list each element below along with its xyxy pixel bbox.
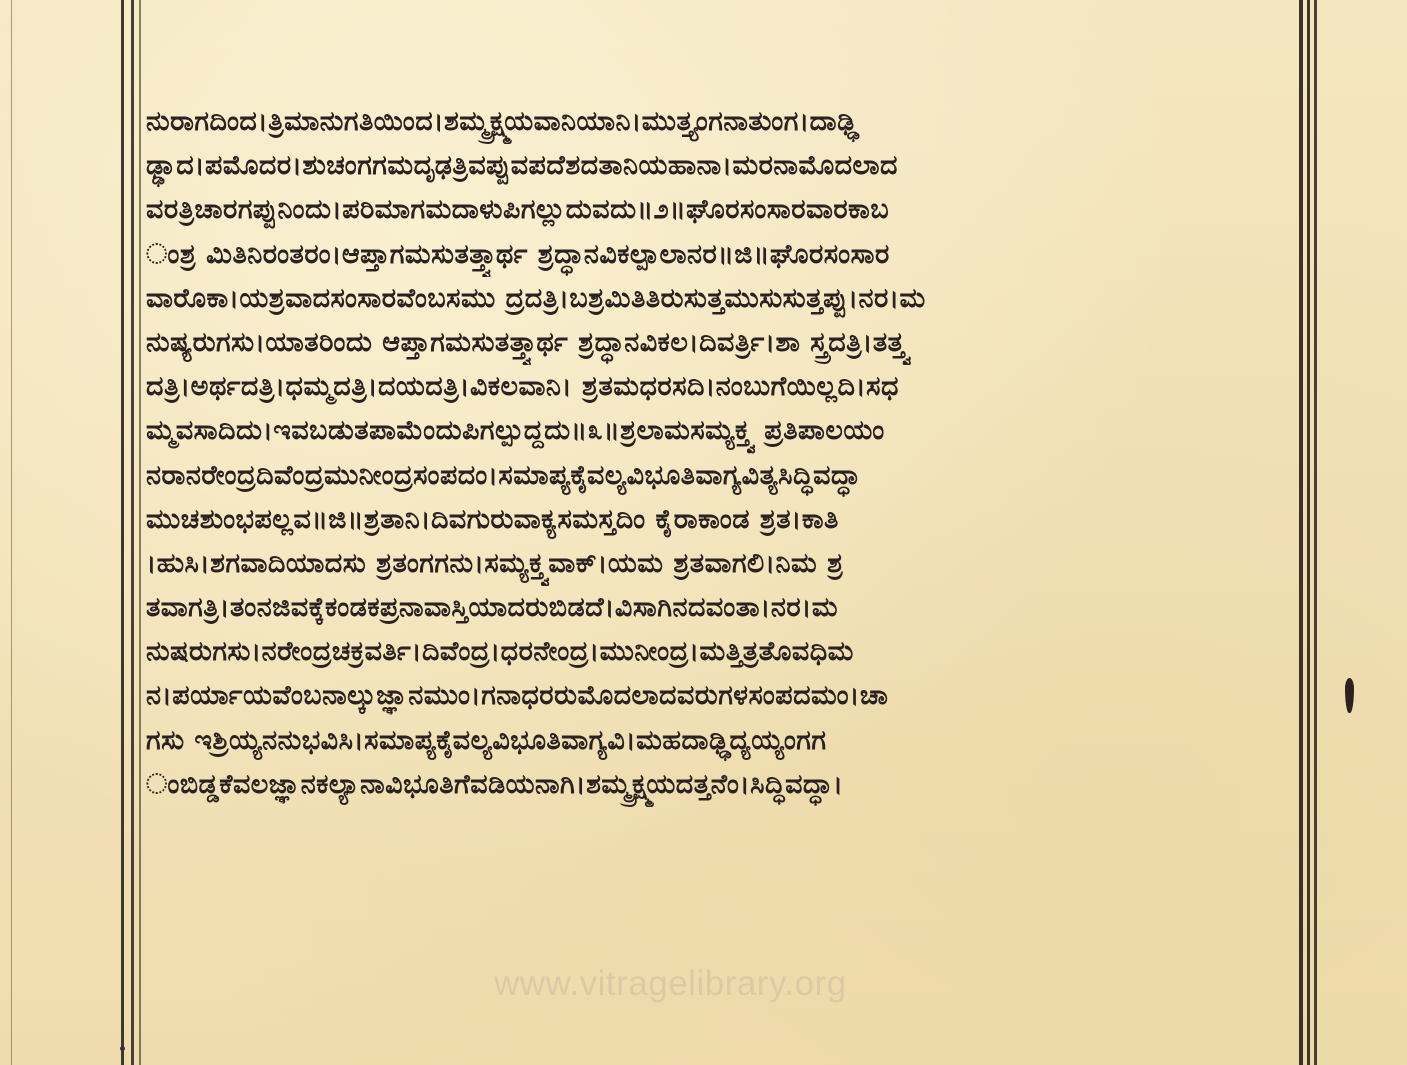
- text-line: ಂಬಿಡ್ಡಕೆವಲಜ್ಞಾನಕಲ್ಯಾನಾವಿಭೂತಿಗೆವಡಿಯನಾಗಿ।ಶ…: [146, 763, 1296, 807]
- text-line: ನುಷ್ಯರುಗಸು।ಯಾತರಿಂದು ಆಪ್ತಾಗಮಸುತತ್ತ್ವಾರ್ಥ …: [146, 321, 1296, 365]
- text-line: ನರಾನರೇಂದ್ರದಿವೆಂದ್ರಮುನೀಂದ್ರಸಂಪದಂ।ಸಮಾಪ್ಯಕೈ…: [146, 454, 1296, 498]
- text-line: ।ಹುಸಿ।ಶಗವಾದಿಯಾದಸು ಶ್ರತಂಗಗನು।ಸಮ್ಯಕ್ತ್ವವಾಕ…: [146, 542, 1296, 586]
- text-line: ವಾರೊಕಾ।ಯಶ್ರವಾದಸಂಸಾರವೆಂಬಸಮು ದ್ರದತ್ರಿ।ಬಶ್ರ…: [146, 277, 1296, 321]
- right-margin-rule: [1314, 0, 1317, 1065]
- text-line: ಮುಚಶುಂಭಪಲ್ಲವ॥ಜಿ॥ಶ್ರತಾನಿ।ದಿವಗುರುವಾಕ್ಯಸಮಸ್…: [146, 498, 1296, 542]
- text-line: ವರತ್ರಿಚಾರಗಪ್ಪುನಿಂದು।ಪರಿಮಾಗಮದಾಳುಪಿಗಲ್ಲುದು…: [146, 188, 1296, 232]
- text-line: ತವಾಗತ್ರಿ।ತಂನಜಿವಕ್ಕೆಕಂಡಕಪ್ರನಾವಾಸ್ತಿಯಾದರುಬ…: [146, 586, 1296, 630]
- ink-speck: [120, 1046, 125, 1051]
- right-margin-rule: [1307, 0, 1310, 1065]
- text-line: ನುರಾಗದಿಂದ।ತ್ರಿಮಾನುಗತಿಯಿಂದ।ಶಮ್ಮ್ರಕ್ಷ್ಮಯವಾ…: [146, 100, 1296, 144]
- text-line: ಮ್ಮವಸಾದಿದು।ಇವಬಡುತಪಾಮೆಂದುಪಿಗಲ್ಪುದ್ದದು॥೩॥ಶ…: [146, 409, 1296, 453]
- left-margin-rule: [131, 0, 134, 1065]
- text-line: ಗಸು ಇಶ್ರಿಯ್ಯನನುಭವಿಸಿ।ಸಮಾಪ್ಯಕೈವಲ್ಯವಿಭೂತಿವ…: [146, 719, 1296, 763]
- right-margin-rule: [1299, 0, 1303, 1065]
- page-fold-line: [11, 0, 12, 1065]
- text-line: ನ।ಪರ್ಯಾಯವೆಂಬನಾಲ್ಕುಜ್ಞಾನಮುಂ।ಗನಾಧರರುಮೊದಲಾದ…: [146, 674, 1296, 718]
- watermark: www.vitragelibrary.org: [494, 964, 847, 1004]
- text-line: ಢ್ಢಾದ।ಪಮೊದರ।ಶುಚಂಗಗಮದೃಢತ್ರಿವಪ್ಪುವಪದೆಶದತಾನ…: [146, 144, 1296, 188]
- left-margin-rule: [121, 0, 124, 1065]
- text-line: ನುಷರುಗಸು।ನರೇಂದ್ರಚಕ್ರವರ್ತಿ।ದಿವೆಂದ್ರ।ಧರನೇಂ…: [146, 630, 1296, 674]
- manuscript-text-block: ನುರಾಗದಿಂದ।ತ್ರಿಮಾನುಗತಿಯಿಂದ।ಶಮ್ಮ್ರಕ್ಷ್ಮಯವಾ…: [146, 100, 1296, 807]
- text-line: ದತ್ರಿ।ಅರ್ಥದತ್ರಿ।ಧಮ್ಮದತ್ರಿ।ದಯದತ್ರಿ।ವಿಕಲವಾ…: [146, 365, 1296, 409]
- ink-blot-mark: [1345, 678, 1354, 713]
- manuscript-page: ನುರಾಗದಿಂದ।ತ್ರಿಮಾನುಗತಿಯಿಂದ।ಶಮ್ಮ್ರಕ್ಷ್ಮಯವಾ…: [0, 0, 1407, 1065]
- left-margin-rule: [139, 0, 141, 1065]
- text-line: ಂಶ್ರ ಮಿತಿನಿರಂತರಂ।ಆಪ್ತಾಗಮಸುತತ್ತ್ವಾರ್ಥ ಶ್ರ…: [146, 233, 1296, 277]
